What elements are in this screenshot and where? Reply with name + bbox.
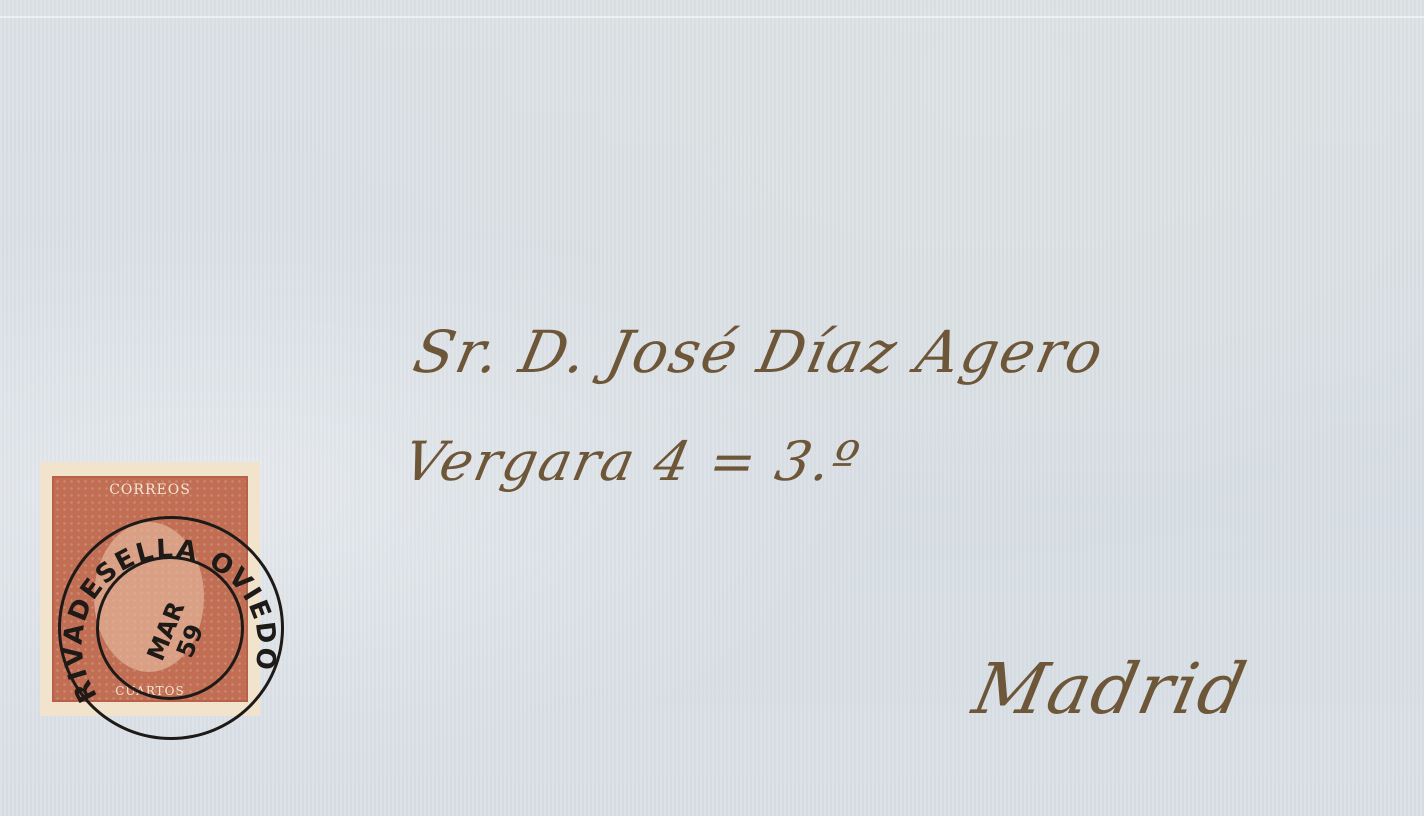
address-line-street: Vergara 4 = 3.º xyxy=(398,430,866,493)
address-line-name: Sr. D. José Díaz Agero xyxy=(408,318,1111,386)
paper-fold xyxy=(0,16,1424,18)
address-line-city: Madrid xyxy=(966,648,1254,730)
stamp-top-text: CORREOS xyxy=(54,482,246,498)
